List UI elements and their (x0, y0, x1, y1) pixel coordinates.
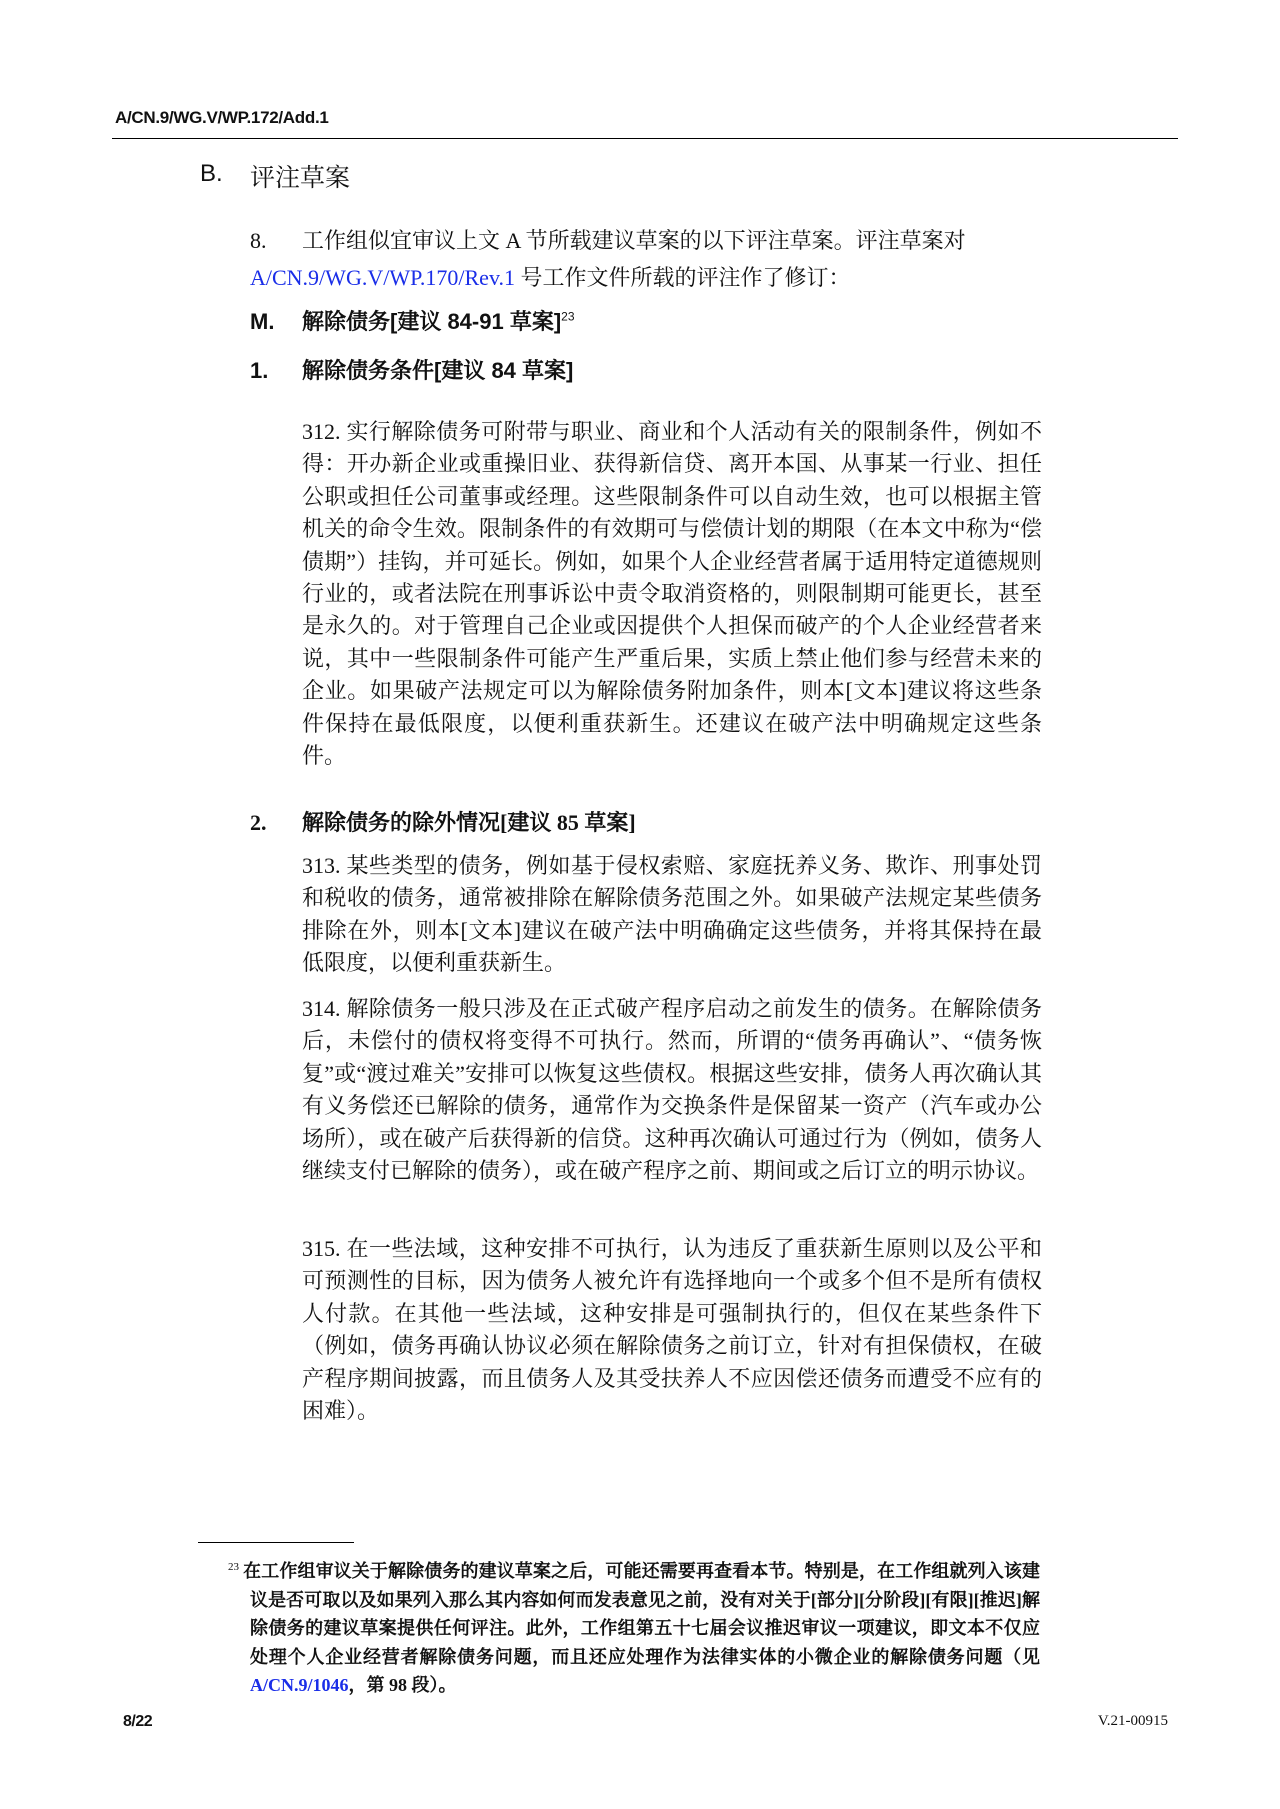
heading-title: 解除债务的除外情况[建议 85 草案] (302, 810, 636, 835)
footnote-text: 在工作组审议关于解除债务的建议草案之后，可能还需要再查看本节。特别是，在工作组就… (243, 1561, 1040, 1667)
paragraph-313: 313. 某些类型的债务，例如基于侵权索赔、家庭抚养义务、欺诈、刑事处罚和税收的… (302, 850, 1042, 980)
paragraph-number: 8. (250, 222, 302, 259)
paragraph-8: 8.工作组似宜审议上文 A 节所载建议草案的以下评注草案。评注草案对 A/CN.… (250, 222, 1050, 296)
heading-title: 解除债务[建议 84-91 草案] (302, 309, 561, 334)
heading-1: 1.解除债务条件[建议 84 草案] (250, 354, 573, 385)
heading-2: 2.解除债务的除外情况[建议 85 草案] (250, 806, 636, 837)
section-b-title: 评注草案 (250, 158, 350, 194)
paragraph-312: 312. 实行解除债务可附带与职业、商业和个人活动有关的限制条件，例如不得：开办… (302, 416, 1042, 772)
document-number: V.21-00915 (1098, 1713, 1168, 1730)
footnote-marker: 23 (228, 1561, 239, 1573)
document-symbol: A/CN.9/WG.V/WP.172/Add.1 (115, 108, 329, 128)
footnote-text-continued: ，第 98 段）。 (349, 1675, 457, 1695)
document-link-1046[interactable]: A/CN.9/1046 (250, 1675, 349, 1695)
footnote-23: 23在工作组审议关于解除债务的建议草案之后，可能还需要再查看本节。特别是，在工作… (228, 1553, 1040, 1700)
document-link-wp170[interactable]: A/CN.9/WG.V/WP.170/Rev.1 (250, 265, 515, 290)
section-b-number: B. (200, 160, 223, 188)
footnote-reference[interactable]: 23 (561, 310, 574, 324)
heading-m: M.解除债务[建议 84-91 草案]23 (250, 305, 575, 336)
heading-number: 2. (250, 810, 302, 836)
heading-number: M. (250, 309, 302, 335)
paragraph-text: 工作组似宜审议上文 A 节所载建议草案的以下评注草案。评注草案对 (302, 228, 966, 253)
heading-title: 解除债务条件[建议 84 草案] (302, 358, 573, 383)
paragraph-315: 315. 在一些法域，这种安排不可执行，认为违反了重获新生原则以及公平和可预测性… (302, 1233, 1042, 1427)
paragraph-314: 314. 解除债务一般只涉及在正式破产程序启动之前发生的债务。在解除债务后，未偿… (302, 993, 1042, 1187)
header-rule (112, 138, 1178, 139)
footnote-separator (198, 1542, 354, 1543)
heading-number: 1. (250, 358, 302, 384)
paragraph-text-continued: 号工作文件所载的评注作了修订： (515, 265, 851, 290)
page-number: 8/22 (123, 1713, 152, 1731)
